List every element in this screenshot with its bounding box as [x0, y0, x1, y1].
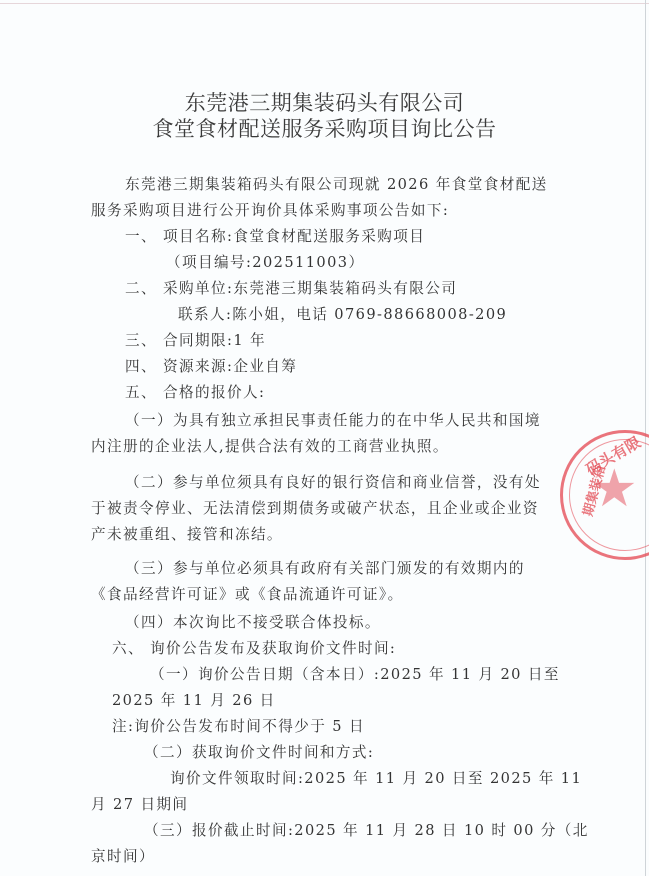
schedule-2-line-1: 询价文件领取时间:2025 年 11 月 20 日至 2025 年 11: [170, 766, 582, 792]
schedule-3-line-2: 京时间）: [91, 844, 155, 870]
qualification-2-line-2: 于被责令停业、无法清偿到期债务或破产状态，且企业或企业资: [91, 496, 539, 522]
qualification-3-line-2: 《食品经营许可证》或《食品流通许可证》。: [91, 582, 404, 608]
section-contract-term: 三、 合同期限:1 年: [125, 328, 266, 354]
section-qualified-bidders: 五、 合格的报价人:: [125, 380, 265, 406]
schedule-note: 注:询价公告发布时间不得少于 5 日: [112, 714, 365, 740]
qualification-2-line-3: 产未被重组、接管和冻结。: [91, 522, 283, 548]
intro-line-1: 东莞港三期集装箱码头有限公司现就 2026 年食堂食材配送: [125, 172, 548, 198]
section-contact: 联系人:陈小姐，电话 0769-88668008-209: [178, 302, 507, 328]
page-top-edge: [0, 3, 649, 4]
qualification-1-line-2: 内注册的企业法人,提供合法有效的工商营业执照。: [91, 434, 449, 460]
schedule-2-heading: （二）获取询价文件时间和方式:: [144, 740, 374, 766]
title-announcement: 食堂食材配送服务采购项目询比公告: [0, 116, 649, 142]
intro-line-2: 服务采购项目进行公开询价具体采购事项公告如下:: [91, 198, 449, 224]
schedule-1-line-2: 2025 年 11 月 26 日: [112, 688, 276, 714]
qualification-2-line-1: （二）参与单位须具有良好的银行资信和商业信誉，没有处: [125, 470, 541, 496]
section-purchaser: 二、 采购单位:东莞港三期集装箱码头有限公司: [125, 276, 457, 302]
section-project-number: （项目编号:202511003）: [166, 250, 364, 276]
schedule-2-line-2: 月 27 日期间: [91, 792, 188, 818]
company-seal: ★ 码头有限 期集装箱: [560, 430, 649, 560]
section-project-name: 一、 项目名称:食堂食材配送服务采购项目: [125, 224, 425, 250]
schedule-heading: 六、 询价公告发布及获取询价文件时间:: [112, 636, 396, 662]
schedule-1-line-1: （一）询价公告日期（含本日）:2025 年 11 月 20 日至: [150, 662, 560, 688]
schedule-3-line-1: （三）报价截止时间:2025 年 11 月 28 日 10 时 00 分（北: [144, 818, 589, 844]
qualification-3-line-1: （三）参与单位必须具有政府有关部门颁发的有效期内的: [125, 556, 525, 582]
qualification-4: （四）本次询比不接受联合体投标。: [125, 610, 381, 636]
section-funding-source: 四、 资源来源:企业自筹: [125, 354, 297, 380]
title-company: 东莞港三期集装码头有限公司: [0, 90, 649, 116]
qualification-1-line-1: （一）为具有独立承担民事责任能力的在中华人民共和国境: [125, 408, 541, 434]
